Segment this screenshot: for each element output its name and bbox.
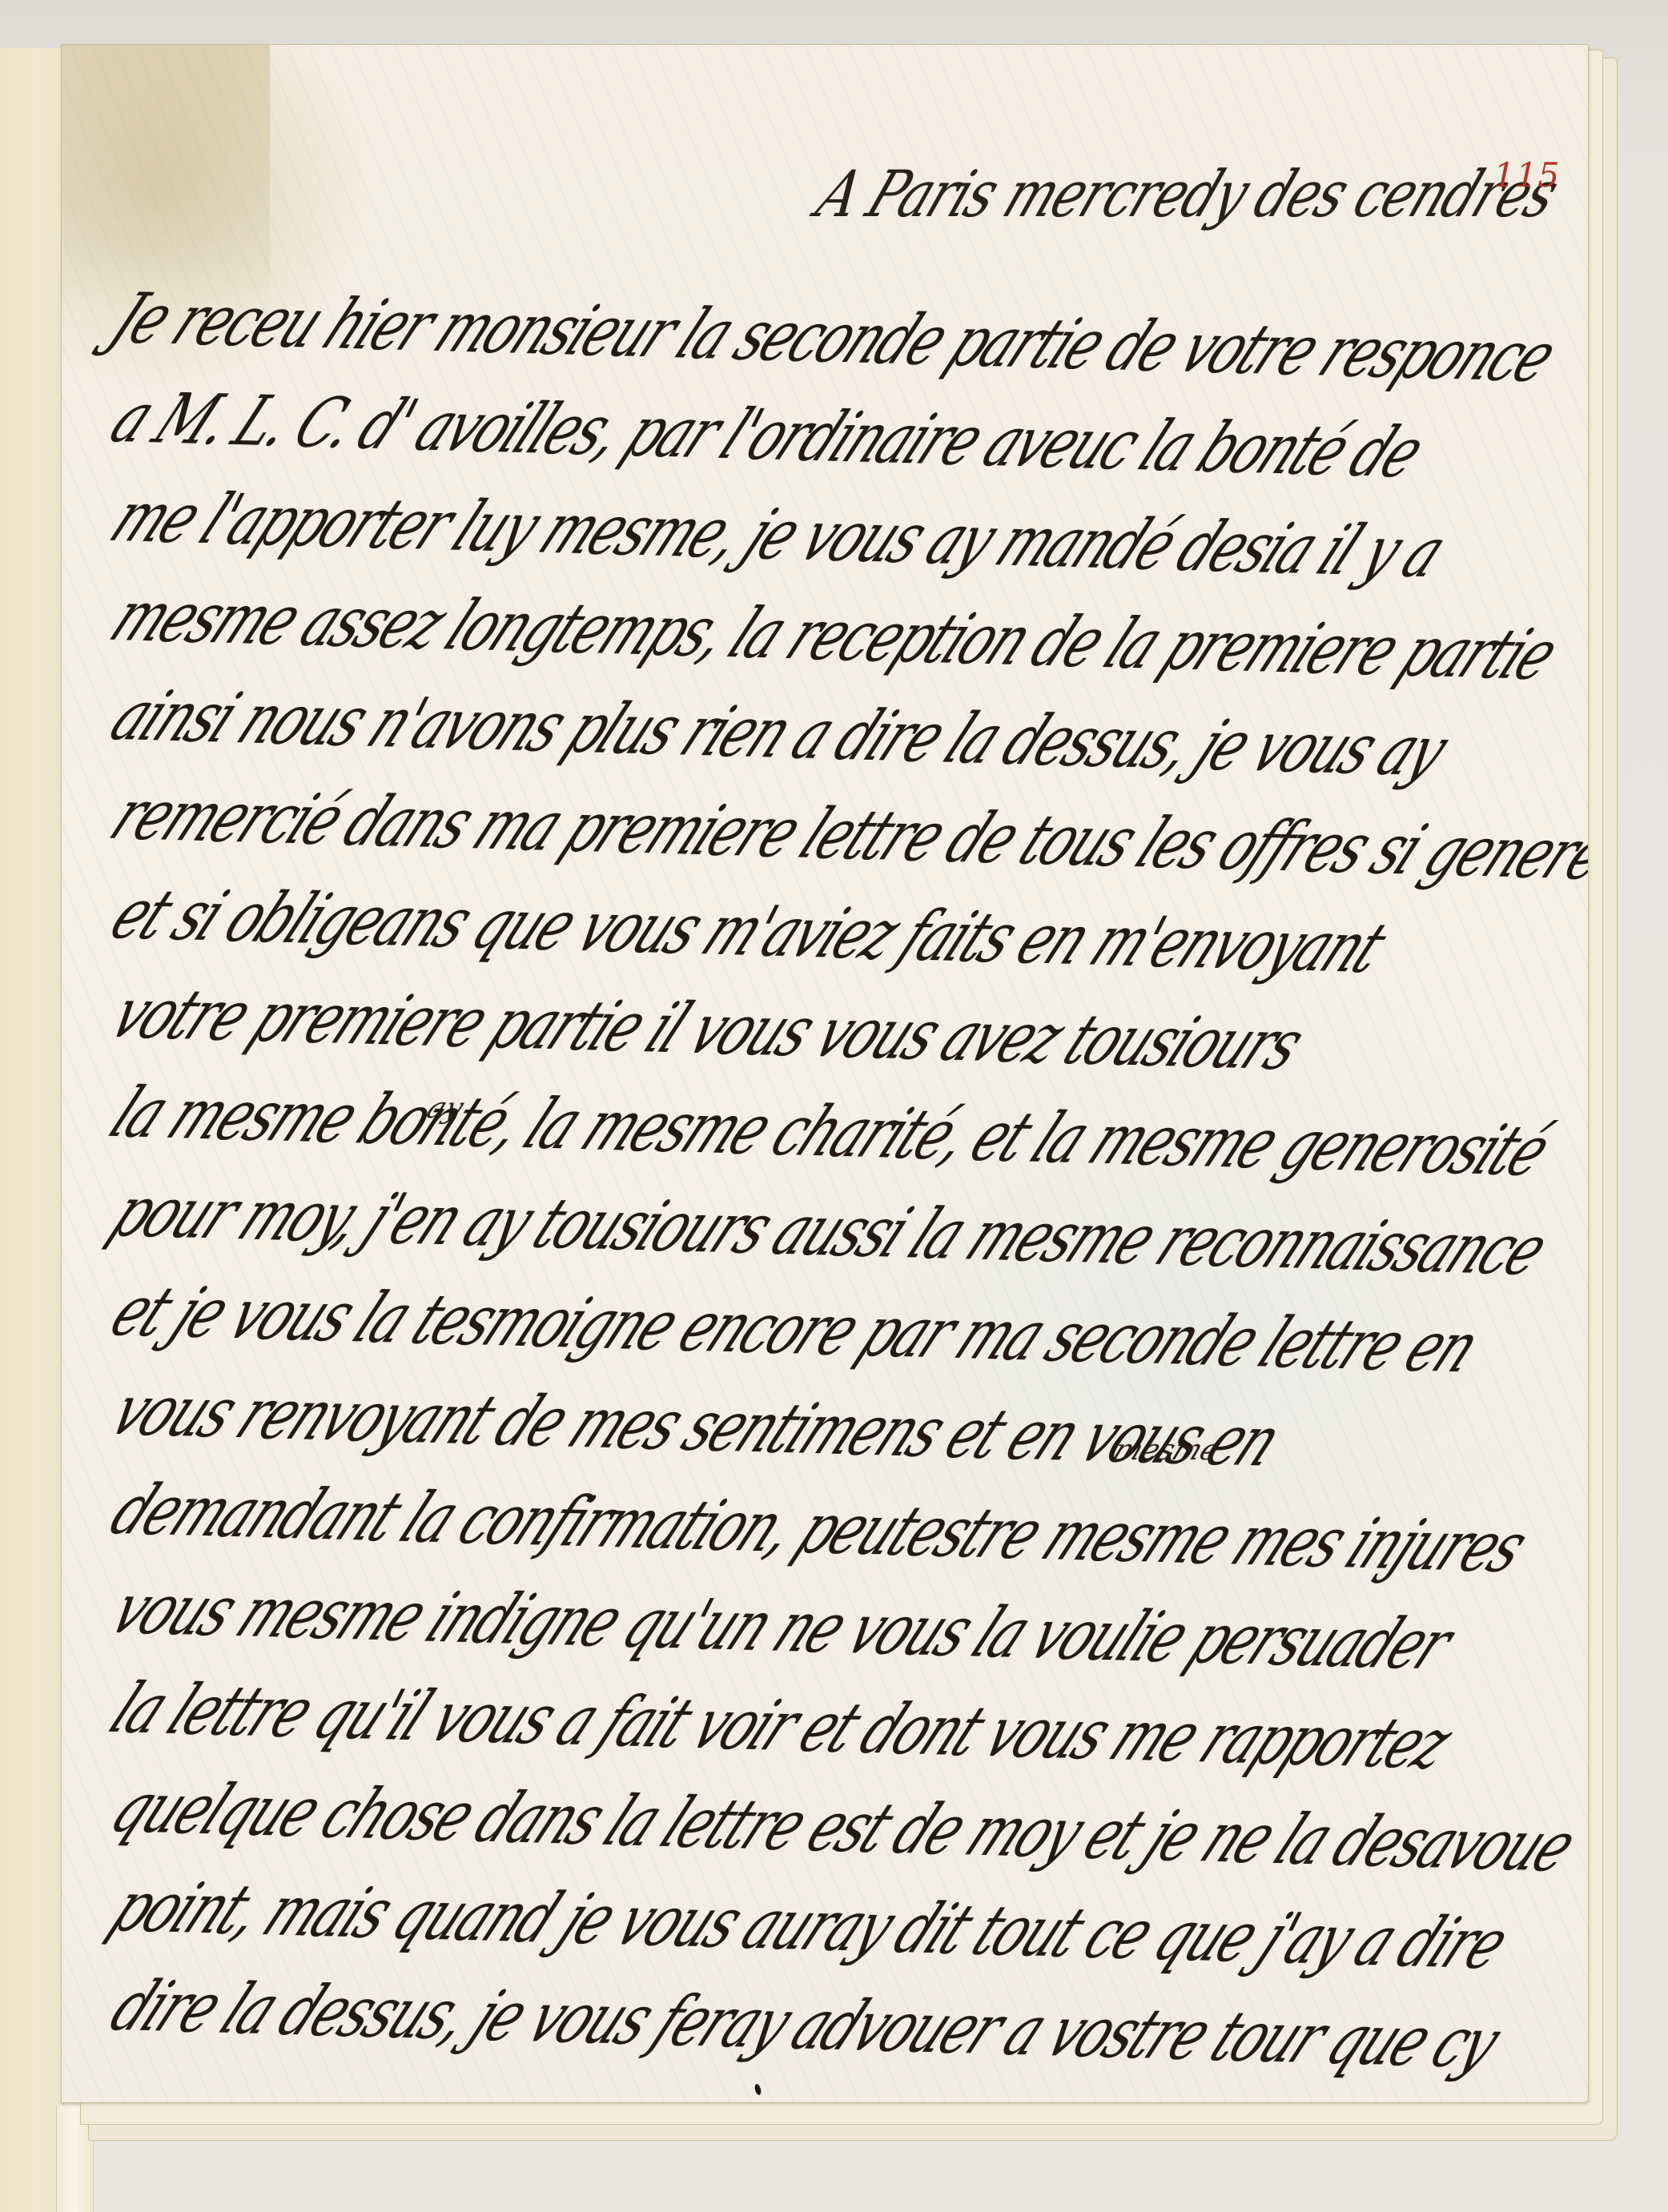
binding-strip — [0, 48, 63, 2212]
manuscript-page: A Paris mercredy des cendres 115 ay mesm… — [61, 44, 1589, 2103]
folio-number: 115 — [1489, 155, 1565, 195]
letter-body: Je receu hier monsieur la seconde partie… — [118, 269, 1575, 2056]
letter-dateline: A Paris mercredy des cendres — [806, 159, 1568, 233]
